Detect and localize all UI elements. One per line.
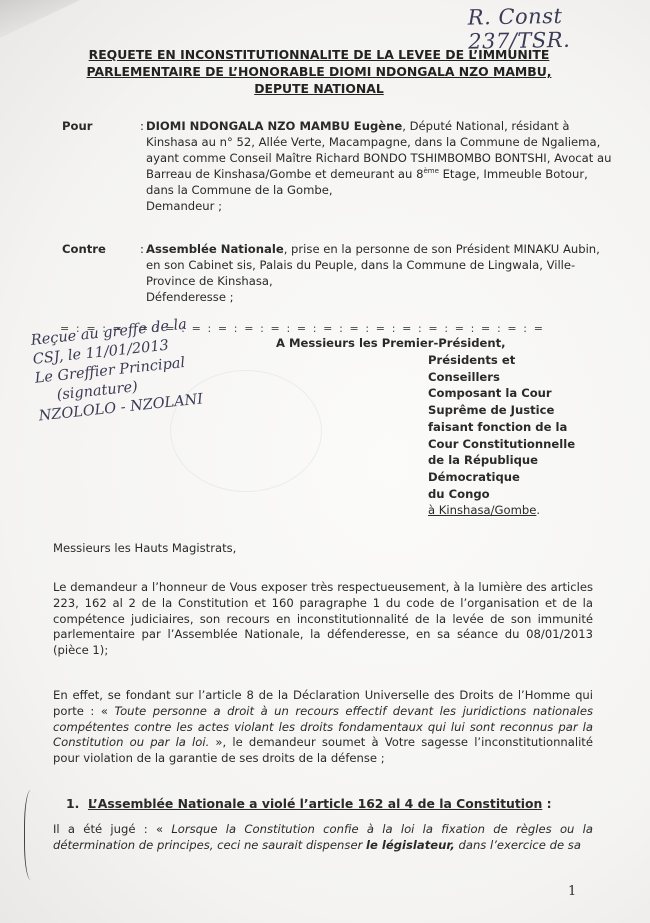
title-line: REQUETE EN INCONSTITUTIONNALITE DE LA LE…: [80, 46, 558, 63]
salutation: Messieurs les Hauts Magistrats,: [53, 541, 593, 557]
handwritten-margin-mark: [24, 790, 41, 880]
party-name: Assemblée Nationale: [146, 242, 284, 256]
addressee-intro: A Messieurs les Premier-Président,: [276, 336, 506, 350]
party-label: Contre: [62, 241, 132, 257]
document-page: R. Const 237/TSR. REQUETE EN INCONSTITUT…: [0, 0, 650, 923]
party-details: : DIOMI NDONGALA NZO MAMBU Eugène, Déput…: [146, 118, 616, 214]
party-label: Pour: [62, 118, 132, 134]
party-role: Défenderesse ;: [146, 290, 234, 304]
party-role: Demandeur ;: [146, 199, 222, 213]
page-corner-shadow: [0, 0, 80, 38]
party-name: DIOMI NDONGALA NZO MAMBU Eugène: [146, 119, 402, 133]
section-heading-1: 1. L’Assemblée Nationale a violé l’artic…: [66, 796, 552, 811]
addressee-block: Présidents et Conseillers Composant la C…: [428, 352, 575, 519]
paragraph-introduction: Le demandeur a l’honneur de Vous exposer…: [53, 580, 593, 659]
paragraph-jurisprudence: Il a été jugé : « Lorsque la Constitutio…: [53, 822, 593, 854]
title-line: PARLEMENTAIRE DE L’HONORABLE DIOMI NDONG…: [80, 63, 558, 80]
handwritten-receipt-note: Reçue au greffe de la CSJ, le 11/01/2013…: [30, 315, 204, 427]
title-line: DEPUTE NATIONAL: [80, 80, 558, 97]
addressee-location: à Kinshasa/Gombe: [428, 503, 536, 517]
paragraph-udhr-article-8: En effet, se fondant sur l’article 8 de …: [53, 688, 593, 767]
party-details: : Assemblée Nationale, prise en la perso…: [146, 241, 616, 305]
page-number: 1: [568, 884, 576, 899]
document-title: REQUETE EN INCONSTITUTIONNALITE DE LA LE…: [80, 46, 558, 97]
